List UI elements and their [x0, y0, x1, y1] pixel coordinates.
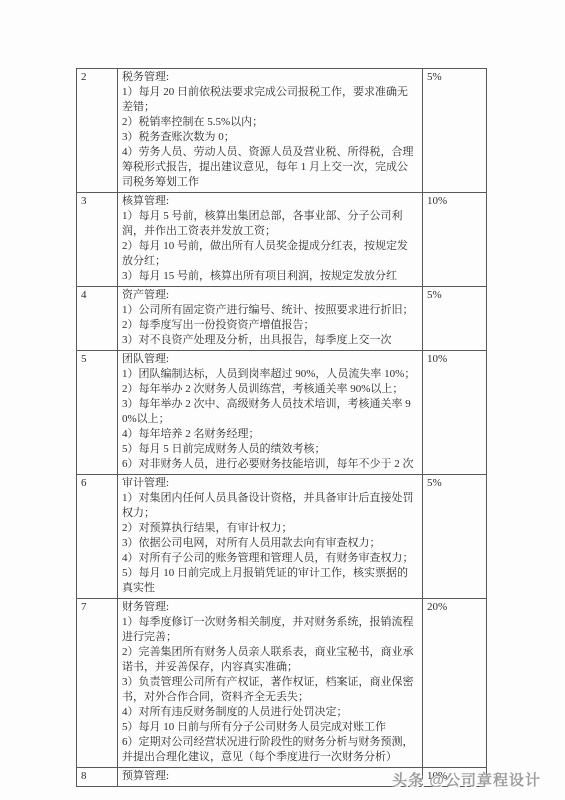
category-title: 审计管理: [122, 476, 418, 491]
kpi-item: 3）税务查账次数为 0； [122, 130, 418, 145]
category-title: 核算管理: [122, 194, 418, 209]
kpi-item: 1）公司所有固定资产进行编号、统计、按照要求进行折旧； [122, 303, 418, 318]
kpi-item: 1）每月 20 日前依税法要求完成公司报税工作，要求准确无差错； [122, 85, 418, 115]
category-title: 税务管理: [122, 70, 418, 85]
category-title: 财务管理: [122, 600, 418, 615]
kpi-item: 3）每年举办 2 次中、高级财务人员技术培训，考核通关率 90%以上； [122, 397, 418, 427]
kpi-item: 6）定期对公司经营状况进行阶段性的财务分析与财务预测，并提出合理化建议，意见（每… [122, 735, 418, 765]
row-number: 7 [77, 599, 118, 768]
kpi-item: 2）税销率控制在 5.5%以内； [122, 115, 418, 130]
row-weight: 5% [423, 475, 487, 599]
kpi-item: 1）每季度修订一次财务相关制度，并对财务系统，报销流程进行完善； [122, 615, 418, 645]
row-content-cell: 资产管理:1）公司所有固定资产进行编号、统计、按照要求进行折旧；2）每季度写出一… [118, 287, 423, 351]
row-content-cell: 税务管理:1）每月 20 日前依税法要求完成公司报税工作，要求准确无差错；2）税… [118, 69, 423, 193]
kpi-item: 4）劳务人员、劳动人员、资源人员及营业税、所得税，合理筹税形式报告，提出建议意见… [122, 145, 418, 190]
row-number: 8 [77, 768, 118, 787]
kpi-item: 3）每月 15 号前，核算出所有项目利润，按规定发放分红 [122, 269, 418, 284]
row-content-cell: 核算管理:1）每月 5 号前，核算出集团总部，各事业部、分子公司利润，并作出工资… [118, 193, 423, 287]
kpi-item: 1）对集团内任何人员具备设计资格，并具备审计后直接处罚权力； [122, 491, 418, 521]
kpi-table: 2税务管理:1）每月 20 日前依税法要求完成公司报税工作，要求准确无差错；2）… [76, 68, 487, 787]
table-row: 3核算管理:1）每月 5 号前，核算出集团总部，各事业部、分子公司利润，并作出工… [77, 193, 487, 287]
row-number: 5 [77, 351, 118, 475]
table-row: 4资产管理:1）公司所有固定资产进行编号、统计、按照要求进行折旧；2）每季度写出… [77, 287, 487, 351]
kpi-item: 2）每年举办 2 次财务人员训练营，考核通关率 90%以上； [122, 382, 418, 397]
row-weight: 10% [423, 193, 487, 287]
kpi-item: 4）每年培养 2 名财务经理； [122, 427, 418, 442]
table-row: 7财务管理:1）每季度修订一次财务相关制度，并对财务系统，报销流程进行完善；2）… [77, 599, 487, 768]
row-content-cell: 团队管理:1）团队编制达标，人员到岗率超过 90%，人员流失率 10%；2）每年… [118, 351, 423, 475]
kpi-item: 5）每月 10 日前与所有分子公司财务人员完成对账工作 [122, 720, 418, 735]
kpi-item: 1）团队编制达标，人员到岗率超过 90%，人员流失率 10%； [122, 367, 418, 382]
table-row: 5团队管理:1）团队编制达标，人员到岗率超过 90%，人员流失率 10%；2）每… [77, 351, 487, 475]
kpi-item: 2）每季度写出一份投资资产增值报告； [122, 318, 418, 333]
row-number: 6 [77, 475, 118, 599]
kpi-item: 5）每月 10 日前完成上月报销凭证的审计工作，核实票据的真实性 [122, 566, 418, 596]
document-page: 2税务管理:1）每月 20 日前依税法要求完成公司报税工作，要求准确无差错；2）… [0, 0, 565, 800]
kpi-item: 2）对预算执行结果，有审计权力； [122, 521, 418, 536]
row-content-cell: 财务管理:1）每季度修订一次财务相关制度，并对财务系统，报销流程进行完善；2）完… [118, 599, 423, 768]
table-row: 2税务管理:1）每月 20 日前依税法要求完成公司报税工作，要求准确无差错；2）… [77, 69, 487, 193]
row-number: 3 [77, 193, 118, 287]
kpi-item: 1）每月 5 号前，核算出集团总部，各事业部、分子公司利润，并作出工资表并发放工… [122, 209, 418, 239]
kpi-item: 3）依据公司电网，对所有人员用款去向有审查权力； [122, 536, 418, 551]
row-number: 2 [77, 69, 118, 193]
kpi-item: 5）每月 5 日前完成财务人员的绩效考核； [122, 442, 418, 457]
row-weight: 20% [423, 599, 487, 768]
kpi-table-body: 2税务管理:1）每月 20 日前依税法要求完成公司报税工作，要求准确无差错；2）… [77, 69, 487, 787]
table-row: 6审计管理:1）对集团内任何人员具备设计资格，并具备审计后直接处罚权力；2）对预… [77, 475, 487, 599]
kpi-item: 4）对所有子公司的账务管理和管理人员，有财务审查权力； [122, 551, 418, 566]
row-number: 4 [77, 287, 118, 351]
category-title: 预算管理: [122, 769, 418, 784]
row-weight: 10% [423, 351, 487, 475]
row-weight: 5% [423, 287, 487, 351]
kpi-item: 4）对所有违反财务制度的人员进行处罚决定； [122, 705, 418, 720]
kpi-item: 2）每月 10 号前，做出所有人员奖金提成分红表，按规定发放分红； [122, 239, 418, 269]
kpi-item: 3）负责管理公司所有产权证，著作权证，档案证，商业保密书，对外合作合同，资料齐全… [122, 675, 418, 705]
watermark: 头条 @公司章程设计 [392, 769, 541, 790]
row-weight: 5% [423, 69, 487, 193]
row-content-cell: 审计管理:1）对集团内任何人员具备设计资格，并具备审计后直接处罚权力；2）对预算… [118, 475, 423, 599]
kpi-item: 3）对不良资产处理及分析，出具报告，每季度上交一次 [122, 333, 418, 348]
category-title: 团队管理: [122, 352, 418, 367]
kpi-item: 2）完善集团所有财务人员亲人联系表，商业宝秘书，商业承诺书，并妥善保存，内容真实… [122, 645, 418, 675]
row-content-cell: 预算管理: [118, 768, 423, 787]
category-title: 资产管理: [122, 288, 418, 303]
kpi-item: 6）对非财务人员，进行必要财务技能培训，每年不少于 2 次 [122, 457, 418, 472]
